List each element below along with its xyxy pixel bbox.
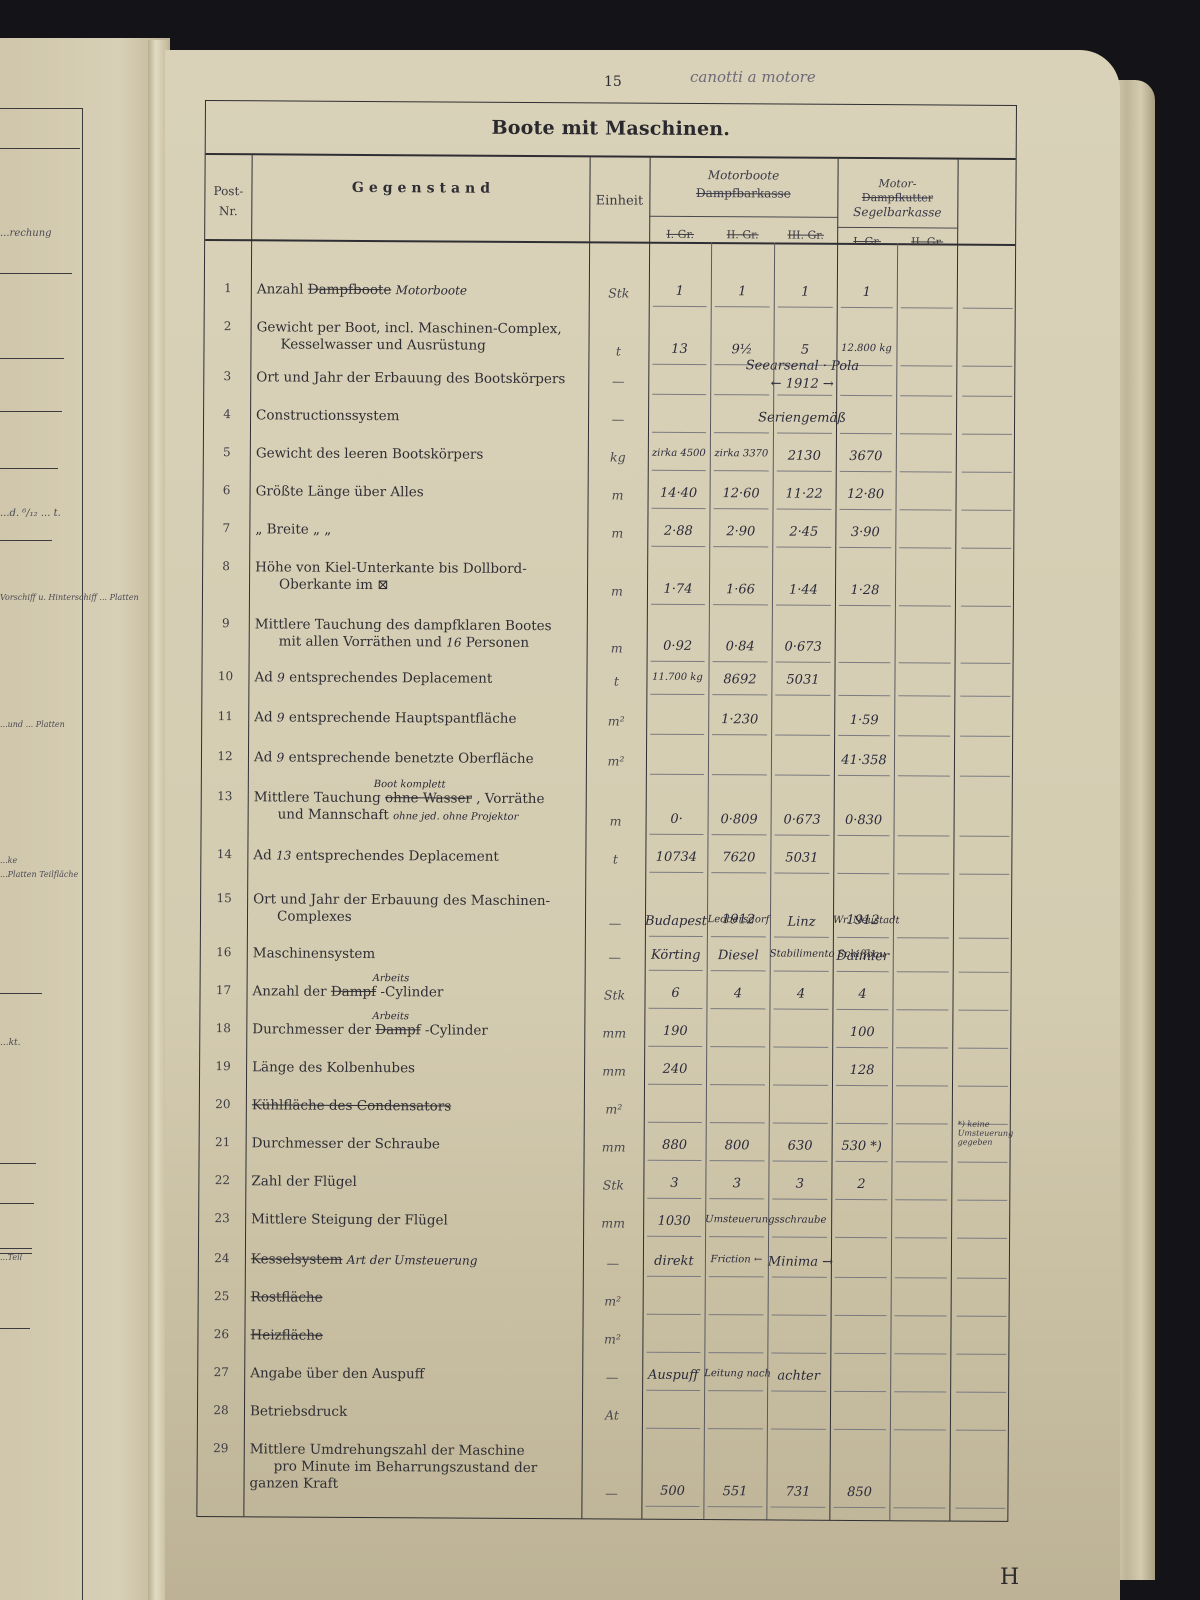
row-value: 12·60	[710, 486, 773, 501]
row-label: Rostfläche	[251, 1289, 581, 1308]
row-value: zirka 3370	[710, 448, 773, 459]
row-value: 128	[832, 1063, 892, 1078]
row-unit: mm	[586, 1063, 642, 1078]
row-number: 19	[200, 1059, 246, 1073]
row-unit: m	[589, 640, 645, 655]
row-label: Größte Länge über Alles	[256, 483, 586, 502]
row-label: ArbeitsAnzahl der Dampf -Cylinder	[253, 983, 583, 1002]
row-value: 11·22	[773, 486, 836, 501]
row-number: 27	[198, 1365, 244, 1379]
row-value: 530 *)	[832, 1139, 892, 1154]
row-value: 1·59	[834, 713, 894, 728]
row-value: 1·74	[647, 582, 709, 597]
row-number: 3	[204, 369, 250, 383]
span-year: ← 1912 →	[648, 376, 956, 393]
table-row: 16Maschinensystem —KörtingDieselStabilim…	[201, 945, 1011, 978]
header-group2-printed: Dampfkutter	[837, 191, 957, 205]
table-row: 20Kühlfläche des Condensators m²	[200, 1097, 1010, 1130]
row-value: 1·28	[835, 583, 895, 598]
year-value: 1912	[707, 912, 770, 927]
row-value: 3	[705, 1176, 768, 1191]
row-value: 850	[829, 1485, 889, 1500]
row-value: 1·230	[708, 712, 771, 727]
page-number: 15	[604, 74, 622, 90]
row-value: Minima →	[768, 1254, 831, 1269]
struck-text: Kühlfläche des Condensators	[252, 1097, 451, 1114]
row-unit: t	[590, 343, 646, 358]
row-value: 3	[643, 1176, 705, 1191]
row-label: „ Breite „ „	[255, 521, 585, 540]
row-value: Umsteuerungsschraube	[705, 1214, 768, 1225]
row-number: 29	[198, 1441, 244, 1455]
row-number: 25	[199, 1289, 245, 1303]
row-label: Gewicht per Boot, incl. Maschinen-Comple…	[256, 319, 586, 355]
row-number: 23	[199, 1211, 245, 1225]
table-row: 7„ Breite „ „ m2·882·902·453·90	[203, 521, 1013, 554]
span-value: Seearsenal · Pola	[648, 358, 956, 375]
left-note: ...kt.	[0, 1038, 21, 1048]
row-unit: —	[585, 1255, 641, 1270]
table-row: 10Ad 9 entsprechendes Deplacementt11.700…	[202, 669, 1012, 702]
inserted-text: 13	[276, 848, 291, 862]
row-number: 9	[203, 616, 249, 630]
row-number: 12	[202, 749, 248, 763]
header-group2-handwritten2: Segelbarkasse	[837, 205, 957, 220]
row-unit: mm	[586, 1139, 642, 1154]
table-row: 17ArbeitsAnzahl der Dampf -CylinderStk64…	[200, 983, 1010, 1016]
inserted-above: Arbeits	[372, 1008, 409, 1025]
table-row: 1Anzahl Dampfboote Motorboote Stk1111	[205, 281, 1015, 314]
row-number: 21	[200, 1135, 246, 1149]
row-label: Länge des Kolbenhubes	[252, 1059, 582, 1078]
header-group2-handwritten: Motor-	[837, 177, 957, 191]
table-row: 22Zahl der Flügel Stk3332	[199, 1173, 1009, 1206]
subheader: I. Gr.	[649, 228, 711, 241]
row-unit: t	[587, 851, 643, 866]
left-page: ...rechung ...d. ⁶/₁₂ ... t. Vorschiff u…	[0, 38, 170, 1600]
left-note: ...Platten Teilfläche	[0, 870, 78, 879]
row-number: 22	[199, 1173, 245, 1187]
left-note: ...rechung	[0, 228, 52, 239]
row-number: 8	[203, 559, 249, 573]
row-value: 190	[644, 1024, 706, 1039]
row-value: 0·	[646, 812, 708, 827]
row-value: 500	[641, 1484, 703, 1499]
table-row: 8Höhe von Kiel-Unterkante bis Dollbord- …	[203, 559, 1013, 612]
subheader: I. Gr.	[837, 235, 897, 248]
left-note: ...ke	[0, 856, 17, 865]
row-label: Kesselsystem Art der Umsteuerung	[251, 1251, 581, 1270]
row-value: Linz	[770, 914, 833, 929]
inserted-above: Arbeits	[373, 970, 410, 987]
row-value: 12.800 kg	[836, 343, 896, 354]
row-value: 12·80	[836, 487, 896, 502]
row-label: Ad 13 entsprechendes Deplacement	[253, 847, 583, 866]
left-note: ...d. ⁶/₁₂ ... t.	[0, 508, 61, 519]
inserted-text: Art der Umsteuerung	[347, 1253, 478, 1268]
row-value: 9½	[710, 342, 773, 357]
row-unit: —	[590, 373, 646, 388]
struck-text: Kesselsystem	[251, 1251, 343, 1268]
row-number: 24	[199, 1251, 245, 1265]
row-number: 13	[202, 789, 248, 803]
row-label: Ad 9 entsprechende Hauptspantfläche	[254, 709, 584, 728]
row-value: 7620	[707, 850, 770, 865]
header-group1-printed: Dampfbarkasse	[649, 186, 837, 201]
row-unit: m	[589, 583, 645, 598]
left-page-table	[0, 108, 83, 1600]
table-row: 24Kesselsystem Art der Umsteuerung —dire…	[199, 1251, 1009, 1284]
row-unit: m	[588, 813, 644, 828]
row-label: Heizfläche	[250, 1327, 580, 1346]
row-value: 5031	[770, 850, 833, 865]
header-group1-handwritten: Motorboote	[650, 168, 838, 183]
struck-text: Dampfboote	[308, 282, 392, 299]
table-row: 29Mittlere Umdrehungszahl der Maschine p…	[197, 1441, 1007, 1514]
row-value: 551	[703, 1484, 766, 1499]
row-unit: Stk	[586, 987, 642, 1002]
data-table: Boote mit Maschinen. Post- Nr. Gegenstan…	[196, 100, 1017, 1522]
row-label: Höhe von Kiel-Unterkante bis Dollbord- O…	[255, 559, 585, 595]
row-unit: Stk	[591, 285, 647, 300]
row-unit: m²	[588, 713, 644, 728]
row-value: 5	[773, 342, 836, 357]
row-unit: —	[584, 1369, 640, 1384]
row-value: 800	[706, 1138, 769, 1153]
table-row: 3Ort und Jahr der Erbauung des Bootskörp…	[204, 369, 1014, 402]
row-value: 2·90	[709, 524, 772, 539]
row-unit: —	[587, 915, 643, 930]
table-row: 5Gewicht des leeren Bootskörpers kgzirka…	[204, 445, 1014, 478]
header-einheit: Einheit	[591, 193, 647, 208]
left-note: Vorschiff u. Hinterschiff ... Platten	[0, 593, 139, 602]
row-number: 11	[202, 709, 248, 723]
row-label: Angabe über den Auspuff	[250, 1365, 580, 1384]
row-value: 4	[833, 987, 893, 1002]
row-value: 1·44	[772, 582, 835, 597]
row-value: 0·673	[772, 639, 835, 654]
row-number: 1	[205, 281, 251, 295]
row-label: Anzahl Dampfboote Motorboote	[257, 281, 587, 300]
row-value: 2·45	[772, 524, 835, 539]
row-value: 0·92	[647, 639, 709, 654]
year-value: 1912	[833, 913, 893, 928]
row-number: 7	[203, 521, 249, 535]
row-unit: m	[590, 487, 646, 502]
row-value: 10734	[645, 850, 707, 865]
row-value: 41·358	[834, 753, 894, 768]
row-label: Zahl der Flügel	[251, 1173, 581, 1192]
row-label: Betriebsdruck	[250, 1403, 580, 1422]
row-label: Durchmesser der Schraube	[252, 1135, 582, 1154]
row-value: Budapest	[645, 914, 707, 929]
row-label: Ad 9 entsprechendes Deplacement	[254, 669, 584, 688]
row-value: 0·673	[771, 812, 834, 827]
subheader: II. Gr.	[711, 228, 774, 241]
table-row: 6Größte Länge über Alles m14·4012·6011·2…	[203, 483, 1013, 516]
row-label: ArbeitsDurchmesser der Dampf -Cylinder	[252, 1021, 582, 1040]
row-value: 731	[766, 1484, 829, 1499]
header-gegenstand: Gegenstand	[253, 179, 593, 197]
row-label: Kühlfläche des Condensators	[252, 1097, 582, 1116]
row-value: 1	[837, 285, 897, 300]
row-value: 4	[707, 986, 770, 1001]
table-row: 27Angabe über den Auspuff —AuspuffLeitun…	[198, 1365, 1008, 1398]
row-value: 8692	[708, 672, 771, 687]
row-value: Stabilimento Schiffbau	[770, 948, 833, 959]
inserted-text: 9	[277, 710, 285, 724]
left-note: ...und ... Platten	[0, 720, 65, 729]
row-label: Mittlere Umdrehungszahl der Maschine pro…	[249, 1441, 579, 1494]
row-value: 1	[649, 284, 711, 299]
row-number: 4	[204, 407, 250, 421]
row-value: 1	[711, 284, 774, 299]
row-value: 3	[768, 1176, 831, 1191]
row-number: 18	[200, 1021, 246, 1035]
subheader: III. Gr.	[774, 228, 837, 241]
row-value: Daimler	[833, 949, 893, 964]
row-value: 13	[648, 342, 710, 357]
row-value: 3·90	[835, 525, 895, 540]
struck-text: Dampf	[331, 984, 376, 1000]
row-label: Boot komplettMittlere Tauchung ohne Wass…	[254, 789, 584, 826]
row-value: 11.700 kg	[646, 672, 708, 683]
table-row: 12Ad 9 entsprechende benetzte Oberfläche…	[202, 749, 1012, 782]
bottom-mark: H	[1000, 1565, 1019, 1590]
row-unit: Stk	[585, 1177, 641, 1192]
row-value: 4	[770, 986, 833, 1001]
table-row: 25Rostfläche m²	[199, 1289, 1009, 1322]
row-value: 630	[769, 1138, 832, 1153]
row-label: Ad 9 entsprechende benetzte Oberfläche	[254, 749, 584, 768]
left-note: ...Teil	[0, 1253, 22, 1262]
table-row: 18ArbeitsDurchmesser der Dampf -Cylinder…	[200, 1021, 1010, 1054]
table-row: 26Heizfläche m²	[198, 1327, 1008, 1360]
row-number: 6	[204, 483, 250, 497]
row-value: 240	[644, 1062, 706, 1077]
row-unit: m²	[588, 753, 644, 768]
row-unit: m²	[584, 1331, 640, 1346]
table-title: Boote mit Maschinen.	[206, 115, 1016, 142]
row-unit: m²	[586, 1101, 642, 1116]
table-row: 23Mittlere Steigung der Flügel mm1030Ums…	[199, 1211, 1009, 1244]
row-label: Constructionssystem	[256, 407, 586, 426]
inserted-text: 9	[277, 750, 285, 764]
table-row: 14Ad 13 entsprechendes Deplacementt10734…	[201, 847, 1011, 880]
row-value: 1	[774, 284, 837, 299]
table-row: 4Constructionssystem —Seriengemäß	[204, 407, 1014, 440]
row-number: 20	[200, 1097, 246, 1111]
row-unit: —	[583, 1485, 639, 1500]
row-value: 1·66	[709, 582, 772, 597]
row-number: 10	[202, 669, 248, 683]
inserted-text: 9	[277, 670, 285, 684]
row-number: 28	[198, 1403, 244, 1417]
row-label: Ort und Jahr der Erbauung des Maschinen-…	[253, 891, 583, 927]
row-value: 0·809	[708, 812, 771, 827]
row-label: Gewicht des leeren Bootskörpers	[256, 445, 586, 464]
row-value: zirka 4500	[648, 448, 710, 459]
remark-note: *) keine Umsteuerung gegeben	[958, 1120, 1008, 1147]
row-value: direkt	[643, 1254, 705, 1269]
row-unit: kg	[590, 449, 646, 464]
table-row: 15Ort und Jahr der Erbauung des Maschine…	[201, 891, 1011, 944]
table-row: 9Mittlere Tauchung des dampfklaren Boote…	[203, 616, 1013, 669]
row-label: Ort und Jahr der Erbauung des Bootskörpe…	[256, 369, 586, 388]
subheader: II. Gr.	[897, 235, 957, 248]
row-value: Friction ←	[705, 1254, 768, 1265]
row-value: 1030	[643, 1214, 705, 1229]
row-number: 16	[201, 945, 247, 959]
struck-text: Rostfläche	[251, 1289, 323, 1305]
row-value: 6	[645, 986, 707, 1001]
row-number: 2	[205, 319, 251, 333]
inserted-above: Boot komplett	[374, 776, 446, 793]
row-unit: m²	[585, 1293, 641, 1308]
row-label: Maschinensystem	[253, 945, 583, 964]
row-value: 2	[831, 1177, 891, 1192]
row-value: 5031	[771, 672, 834, 687]
row-value: Auspuff	[642, 1368, 704, 1383]
span-value: Seriengemäß	[648, 410, 956, 427]
header-post-nr: Post- Nr.	[205, 181, 251, 221]
row-unit: t	[588, 673, 644, 688]
row-value: 0·830	[834, 813, 894, 828]
row-unit: —	[590, 411, 646, 426]
row-number: 17	[201, 983, 247, 997]
row-unit: mm	[585, 1215, 641, 1230]
row-value: 3670	[836, 449, 896, 464]
row-value: 880	[644, 1138, 706, 1153]
row-unit: —	[587, 949, 643, 964]
row-value: 2·88	[647, 524, 709, 539]
row-label: Mittlere Tauchung des dampfklaren Bootes…	[255, 616, 585, 652]
row-value: 0·84	[709, 639, 772, 654]
table-row: 19Länge des Kolbenhubes mm240128	[200, 1059, 1010, 1092]
row-value: Körting	[645, 948, 707, 963]
table-row: 28Betriebsdruck At	[198, 1403, 1008, 1436]
row-value: achter	[767, 1368, 830, 1383]
row-value: Diesel	[707, 948, 770, 963]
row-value: 2130	[773, 448, 836, 463]
table-row: 13Boot komplettMittlere Tauchung ohne Wa…	[201, 789, 1011, 842]
row-unit: mm	[586, 1025, 642, 1040]
row-label: Mittlere Steigung der Flügel	[251, 1211, 581, 1230]
row-value: 14·40	[648, 486, 710, 501]
top-annotation: canotti a motore	[690, 68, 816, 86]
inserted-text: Motorboote	[396, 283, 467, 297]
struck-text: Heizfläche	[250, 1327, 323, 1343]
row-value: Leitung nach	[704, 1368, 767, 1379]
table-row: 11Ad 9 entsprechende Hauptspantflächem²1…	[202, 709, 1012, 742]
row-unit: m	[589, 525, 645, 540]
row-unit: At	[584, 1407, 640, 1422]
row-number: 15	[201, 891, 247, 905]
table-row: 21Durchmesser der Schraube mm88080063053…	[200, 1135, 1010, 1168]
row-number: 14	[201, 847, 247, 861]
row-number: 26	[198, 1327, 244, 1341]
row-value: 100	[832, 1025, 892, 1040]
row-number: 5	[204, 445, 250, 459]
